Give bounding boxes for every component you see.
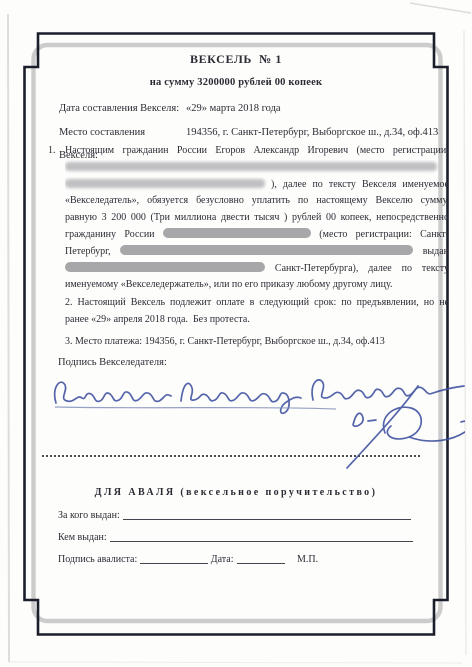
blank-line <box>140 550 208 564</box>
clause-line: «Векселедатель», обязуется безусловно уп… <box>65 193 449 210</box>
document-amount-subtitle: на сумму 3200000 рублей 00 копеек <box>0 77 472 88</box>
clause-2-lines: 2. Настоящий Вексель подлежит оплате в с… <box>65 295 449 329</box>
blank-line <box>237 550 285 564</box>
blank-line <box>110 528 413 542</box>
date-field-label: Дата составления Векселя: <box>59 97 186 121</box>
clause-1-lines: Настоящим гражданин России Егоров Алекса… <box>65 143 449 294</box>
document-title: ВЕКСЕЛЬ № 1 <box>0 52 472 67</box>
aval-row-issued-by: Кем выдан: <box>58 528 450 545</box>
signature-flourish-loop <box>384 407 466 441</box>
drawer-signature-label: Подпись Векселедателя: <box>58 357 167 368</box>
clause-text: равную 3 200 000 (Три миллиона двести ты… <box>65 212 449 223</box>
clause-text: «Векселедатель», обязуется безусловно уп… <box>65 195 449 206</box>
paper-bottom-edge <box>9 662 462 663</box>
clause-line: Санкт-Петербурга), далее по тексту <box>65 261 449 278</box>
clause-1: 1. Настоящим гражданин России Егоров Але… <box>65 143 449 294</box>
redaction-bar <box>65 262 265 272</box>
signature-flourish-initials <box>353 413 376 426</box>
clause-line: гражданину России (место регистрации: Са… <box>65 227 449 244</box>
blurred-redaction <box>65 179 265 188</box>
clause-1-number: 1. <box>48 143 56 160</box>
clause-text: ), далее по тексту Векселя именуемое <box>271 179 449 190</box>
paper-top-edge <box>410 3 471 13</box>
aval-row-issued-for: За кого выдан: <box>58 506 450 523</box>
clause-text: выдан <box>423 246 449 257</box>
seal-place-label: М.П. <box>297 554 318 565</box>
clause-text: Санкт-Петербурга), далее по тексту <box>275 263 449 274</box>
aval-heading: ДЛЯ АВАЛЯ (вексельное поручительство) <box>0 487 472 498</box>
field-date-row: Дата составления Векселя: «29» марта 201… <box>59 97 451 121</box>
promissory-note-page: ВЕКСЕЛЬ № 1 на сумму 3200000 рублей 00 к… <box>0 0 472 667</box>
signature-underline <box>55 407 336 409</box>
clause-text: Настоящим гражданин России Егоров Алекса… <box>65 145 449 156</box>
signature-word-3 <box>312 380 464 400</box>
clause-text: (место регистрации: Санкт- <box>319 229 449 240</box>
handwritten-signature <box>40 370 465 485</box>
redaction-bar <box>163 228 311 238</box>
clause-line: именуемому «Векселедержатель», или по ег… <box>65 277 449 294</box>
clause-line: ), далее по тексту Векселя именуемое <box>65 177 449 194</box>
signature-word-1 <box>55 382 171 403</box>
clause-line: Настоящим гражданин России Егоров Алекса… <box>65 143 449 160</box>
clause-text: именуемому «Векселедержатель», или по ег… <box>65 279 392 290</box>
clause-text: гражданину России <box>65 229 155 240</box>
date-field-value: «29» марта 2018 года <box>186 97 451 121</box>
issued-by-label: Кем выдан: <box>58 532 107 543</box>
clause-line <box>65 160 449 177</box>
clause-line: ранее «29» апреля 2018 года. Без протест… <box>65 312 449 329</box>
avalist-signature-label: Подпись авалиста: <box>58 554 137 565</box>
paper-left-edge <box>8 14 9 662</box>
clause-line: Петербург, выдан <box>65 244 449 261</box>
blurred-redaction <box>65 162 437 171</box>
clause-line: равную 3 200 000 (Три миллиона двести ты… <box>65 210 449 227</box>
date-label: Дата: <box>211 554 234 565</box>
clause-line: 2. Настоящий Вексель подлежит оплате в с… <box>65 295 449 312</box>
signature-word-2 <box>181 383 301 413</box>
clause-text: 2. Настоящий Вексель подлежит оплате в с… <box>65 297 449 308</box>
blank-line <box>123 506 411 520</box>
redaction-bar <box>120 245 413 255</box>
clause-text: Петербург, <box>65 246 111 257</box>
paper-right-edge <box>464 30 466 655</box>
issued-for-label: За кого выдан: <box>58 510 120 521</box>
clause-text: ранее «29» апреля 2018 года. Без протест… <box>65 314 250 325</box>
aval-row-avalist-signature: Подпись авалиста: Дата: М.П. <box>58 550 450 567</box>
dotted-divider <box>42 455 420 457</box>
clause-3: 3. Место платежа: 194356, г. Санкт-Петер… <box>65 334 449 349</box>
clause-2: 2. Настоящий Вексель подлежит оплате в с… <box>65 295 449 329</box>
